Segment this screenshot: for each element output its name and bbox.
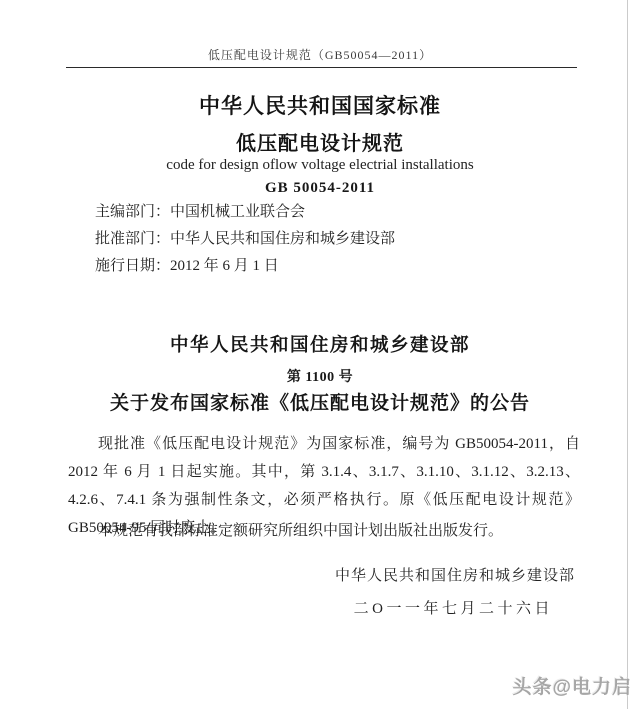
standard-name-heading: 低压配电设计规范 xyxy=(0,127,640,156)
effective-date-row: 施行日期：2012 年 6 月 1 日 xyxy=(95,253,395,280)
effective-date-label: 施行日期： xyxy=(95,258,170,274)
standard-info-block: 主编部门：中国机械工业联合会 批准部门：中华人民共和国住房和城乡建设部 施行日期… xyxy=(95,199,395,280)
chief-editor-label: 主编部门： xyxy=(95,204,170,220)
national-standard-heading: 中华人民共和国国家标准 xyxy=(0,90,640,120)
announcement-ministry-heading: 中华人民共和国住房和城乡建设部 xyxy=(0,331,640,357)
chief-editor-value: 中国机械工业联合会 xyxy=(170,204,305,220)
approval-dept-value: 中华人民共和国住房和城乡建设部 xyxy=(170,231,395,247)
announcement-number: 第 1100 号 xyxy=(0,366,640,386)
chief-editor-row: 主编部门：中国机械工业联合会 xyxy=(95,199,395,226)
approval-dept-label: 批准部门： xyxy=(95,231,170,247)
running-header-title: 低压配电设计规范（GB50054—2011） xyxy=(0,46,640,63)
signature-date: 二O一一年七月二十六日 xyxy=(354,597,553,618)
document-page: 低压配电设计规范（GB50054—2011） 中华人民共和国国家标准 低压配电设… xyxy=(0,0,640,709)
standard-code: GB 50054-2011 xyxy=(0,180,640,197)
announcement-body-paragraph-2: 本规范有我部标准定额研究所组织中国计划出版社出版发行。 xyxy=(68,517,580,545)
signature-ministry: 中华人民共和国住房和城乡建设部 xyxy=(335,564,575,585)
announcement-title: 关于发布国家标准《低压配电设计规范》的公告 xyxy=(0,388,640,415)
toutiao-watermark: 头条@电力启 xyxy=(512,672,632,699)
header-rule-divider xyxy=(66,67,577,68)
effective-date-value: 2012 年 6 月 1 日 xyxy=(170,258,279,274)
approval-dept-row: 批准部门：中华人民共和国住房和城乡建设部 xyxy=(95,226,395,253)
english-title: code for design oflow voltage electrial … xyxy=(0,157,640,174)
